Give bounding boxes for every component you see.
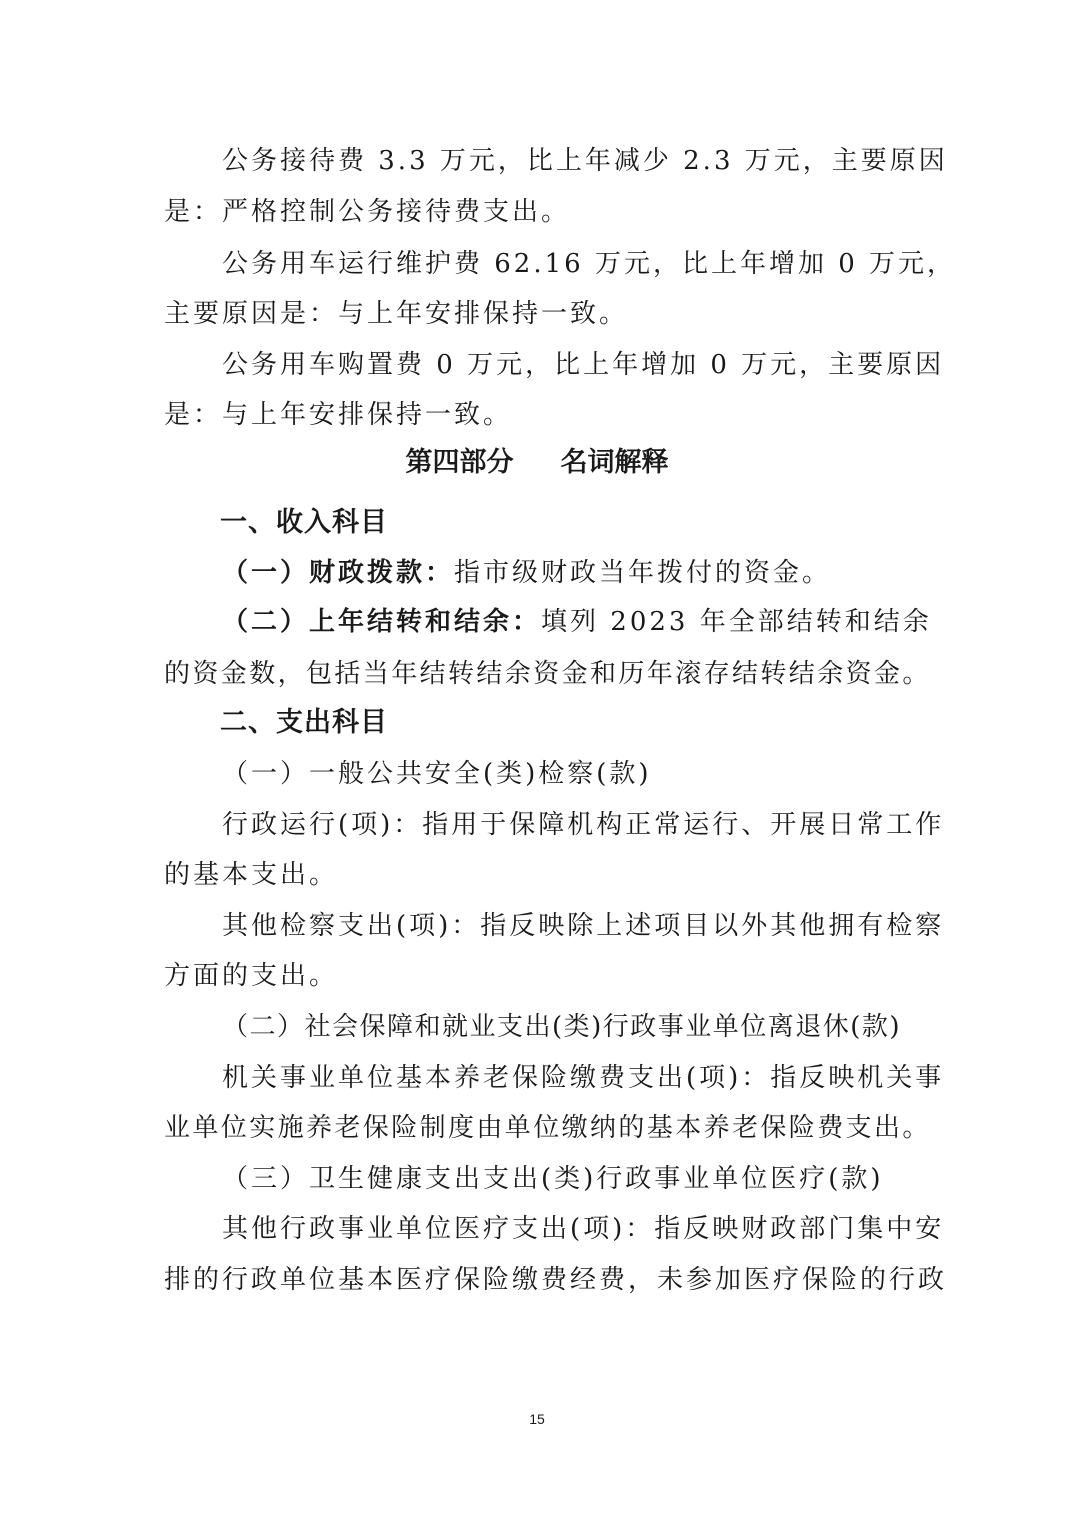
income-item-2-line2: 的资金数，包括当年结转结余资金和历年滚存结转结余资金。 [164, 658, 931, 690]
paragraph-vehicle-purchase-line1: 公务用车购置费 0 万元，比上年增加 0 万元，主要原因 [222, 349, 944, 381]
expense-heading: 二、支出科目 [220, 706, 388, 740]
expense-sub-1: （一）一般公共安全(类)检察(款) [222, 758, 652, 790]
paragraph-vehicle-maint-line2: 主要原因是：与上年安排保持一致。 [164, 298, 628, 330]
page-number: 15 [0, 1411, 1074, 1427]
expense-sub-2-a-line2: 业单位实施养老保险制度由单位缴纳的基本养老保险费支出。 [164, 1112, 931, 1144]
income-item-1-label: （一）财政拨款： [222, 558, 454, 588]
paragraph-vehicle-purchase-line2: 是：与上年安排保持一致。 [164, 399, 512, 431]
income-item-1-text: 指市级财政当年拨付的资金。 [454, 558, 831, 588]
paragraph-vehicle-maint-line1: 公务用车运行维护费 62.16 万元，比上年增加 0 万元， [222, 248, 956, 280]
income-item-2-label: （二）上年结转和结余： [222, 607, 541, 637]
expense-sub-1-b-line1: 其他检察支出(项)：指反映除上述项目以外其他拥有检察 [222, 910, 944, 942]
section-title: 第四部分 名词解释 [0, 446, 1074, 480]
expense-sub-3-a-line1: 其他行政事业单位医疗支出(项)：指反映财政部门集中安 [222, 1213, 944, 1245]
expense-sub-1-a-line2: 的基本支出。 [164, 859, 338, 891]
expense-sub-1-a-line1: 行政运行(项)：指用于保障机构正常运行、开展日常工作 [222, 809, 944, 841]
paragraph-reception-line2: 是：严格控制公务接待费支出。 [164, 196, 570, 228]
expense-sub-3-a-line2: 排的行政单位基本医疗保险缴费经费，未参加医疗保险的行政 [164, 1264, 947, 1296]
expense-sub-2-a-line1: 机关事业单位基本养老保险缴费支出(项)：指反映机关事 [222, 1062, 944, 1094]
expense-sub-3: （三）卫生健康支出支出(类)行政事业单位医疗(款) [222, 1163, 884, 1195]
expense-sub-2: （二）社会保障和就业支出(类)行政事业单位离退休(款) [222, 1011, 901, 1043]
paragraph-reception-line1: 公务接待费 3.3 万元，比上年减少 2.3 万元，主要原因 [222, 145, 948, 177]
income-item-2-text: 填列 2023 年全部结转和结余 [541, 607, 932, 637]
income-item-2: （二）上年结转和结余：填列 2023 年全部结转和结余 [222, 606, 932, 638]
expense-sub-1-b-line2: 方面的支出。 [164, 960, 338, 992]
income-item-1: （一）财政拨款：指市级财政当年拨付的资金。 [222, 557, 831, 589]
income-heading: 一、收入科目 [220, 506, 388, 540]
